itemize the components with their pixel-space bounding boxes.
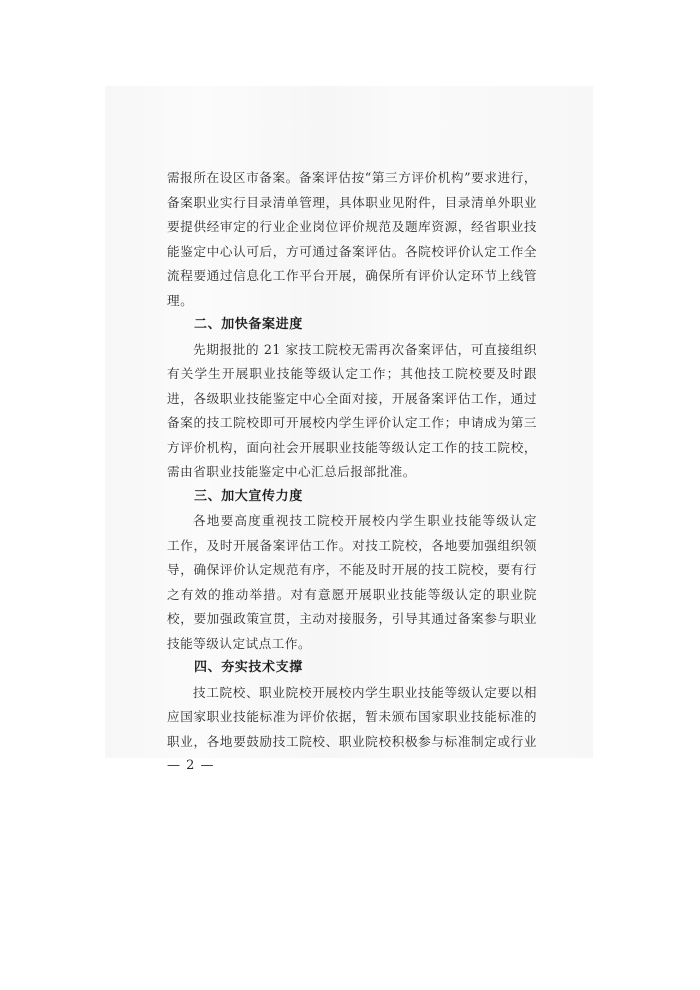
text-line: 备案职业实行目录清单管理，具体职业见附件，目录清单外职业 (167, 191, 537, 216)
section-heading-4: 四、夯实技术支撑 (167, 656, 537, 681)
text-line: 需报所在设区市备案。备案评估按“第三方评价机构”要求进行， (167, 166, 537, 191)
page-number: — 2 — (167, 754, 537, 779)
text-line: 先期报批的 21 家技工院校无需再次备案评估，可直接组织 (167, 338, 537, 363)
text-line: 技能等级认定试点工作。 (167, 632, 537, 657)
text-line: 要提供经审定的行业企业岗位评价规范及题库资源，经省职业技 (167, 215, 537, 240)
text-line: 进，各级职业技能鉴定中心全面对接，开展备案评估工作，通过 (167, 387, 537, 412)
text-line: 方评价机构，面向社会开展职业技能等级认定工作的技工院校， (167, 436, 537, 461)
document-page: 需报所在设区市备案。备案评估按“第三方评价机构”要求进行， 备案职业实行目录清单… (167, 166, 537, 779)
text-line: 能鉴定中心认可后，方可通过备案评估。各院校评价认定工作全 (167, 240, 537, 265)
section-heading-2: 二、加快备案进度 (167, 313, 537, 338)
text-line: 技工院校、职业院校开展校内学生职业技能等级认定要以相 (167, 681, 537, 706)
section-2-paragraph: 先期报批的 21 家技工院校无需再次备案评估，可直接组织 有关学生开展职业技能等… (167, 338, 537, 485)
text-line: 备案的技工院校即可开展校内学生评价认定工作；申请成为第三 (167, 411, 537, 436)
text-line: 需由省职业技能鉴定中心汇总后报部批准。 (167, 460, 537, 485)
text-line: 有关学生开展职业技能等级认定工作；其他技工院校要及时跟 (167, 362, 537, 387)
text-line: 导，确保评价认定规范有序，不能及时开展的技工院校，要有行 (167, 558, 537, 583)
text-line: 应国家职业技能标准为评价依据，暂未颁布国家职业技能标准的 (167, 705, 537, 730)
text-line: 校，要加强政策宣贯，主动对接服务，引导其通过备案参与职业 (167, 607, 537, 632)
section-heading-3: 三、加大宣传力度 (167, 485, 537, 510)
text-line: 之有效的推动举措。对有意愿开展职业技能等级认定的职业院 (167, 583, 537, 608)
text-line: 职业，各地要鼓励技工院校、职业院校积极参与标准制定或行业 (167, 730, 537, 755)
text-line: 理。 (167, 289, 537, 314)
section-3-paragraph: 各地要高度重视技工院校开展校内学生职业技能等级认定 工作，及时开展备案评估工作。… (167, 509, 537, 656)
text-line: 各地要高度重视技工院校开展校内学生职业技能等级认定 (167, 509, 537, 534)
section-4-paragraph: 技工院校、职业院校开展校内学生职业技能等级认定要以相 应国家职业技能标准为评价依… (167, 681, 537, 755)
text-line: 工作，及时开展备案评估工作。对技工院校，各地要加强组织领 (167, 534, 537, 559)
text-line: 流程要通过信息化工作平台开展，确保所有评价认定环节上线管 (167, 264, 537, 289)
continuation-paragraph: 需报所在设区市备案。备案评估按“第三方评价机构”要求进行， 备案职业实行目录清单… (167, 166, 537, 313)
